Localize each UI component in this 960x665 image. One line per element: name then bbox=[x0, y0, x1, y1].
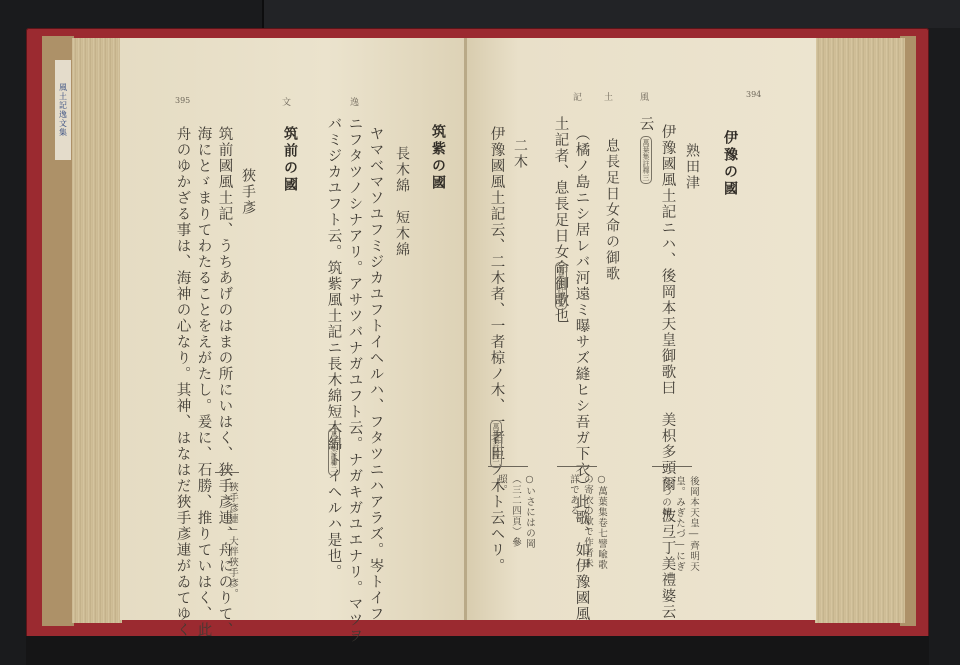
page-number-left: 395 bbox=[175, 96, 190, 105]
running-head-left: 文 bbox=[282, 95, 291, 108]
footnote-rule bbox=[488, 466, 528, 467]
text-line: 云 bbox=[638, 116, 653, 132]
reference-note: 萬葉集註釋三 bbox=[640, 136, 652, 184]
subheading-nigitatsu: 熟田津 bbox=[682, 143, 702, 191]
text-line: ニフタツノシナアリ。アサツバナガユフト云。ナガキガユエナリ。マツヲ bbox=[347, 116, 362, 644]
reference-note: 萬葉集註釋五 bbox=[555, 262, 567, 310]
footnote: 後岡本天皇―齊明天皇。みぎたづ―にぎたづの轉。 bbox=[658, 476, 700, 576]
footnote: ○いさにはの岡（三二四頁）參照。 bbox=[494, 474, 536, 564]
spine-label: 風土記逸文集 bbox=[55, 60, 71, 160]
footnote-rule bbox=[215, 472, 239, 473]
reference-note: 萬葉集註釋二 bbox=[328, 428, 340, 476]
subheading-yufu: 長木綿 短木綿 bbox=[392, 146, 412, 258]
running-head-right: 土 bbox=[604, 90, 613, 103]
page-number-right: 394 bbox=[746, 90, 761, 99]
scan-shadow bbox=[26, 636, 929, 665]
page-edges-left bbox=[72, 38, 122, 623]
footnote: 狹手彥連―大伴狹手彥。 bbox=[225, 482, 239, 599]
running-head-right: 風 bbox=[640, 90, 649, 103]
subheading-sadehiko: 狹手彥 bbox=[238, 168, 258, 216]
running-head-left-2: 逸 bbox=[350, 95, 359, 108]
section-heading-iyo: 伊豫の國 bbox=[720, 130, 740, 198]
text-line: ヤマベマソユフミジカユフトイヘルハ、フタツニハアラズ。岑トイフ bbox=[368, 126, 383, 622]
section-heading-chikuzen: 筑前の國 bbox=[280, 126, 300, 194]
section-heading-chikushi: 筑紫の國 bbox=[428, 124, 448, 192]
book-gutter bbox=[464, 38, 467, 620]
footnote: ○萬葉集卷七譬喩歌の寄衣の歌で作者未詳である。 bbox=[566, 474, 608, 574]
reference-note: 萬葉集註釋一 bbox=[490, 420, 502, 468]
footnote-rule bbox=[557, 466, 597, 467]
footnote-rule bbox=[652, 466, 692, 467]
running-head-right: 記 bbox=[573, 90, 582, 103]
text-line: 舟のゆかざる事は、海神の心なり。其神、はなはだ狹手彥連がゐてゆく bbox=[175, 126, 190, 638]
text-line: 海にとゞまりてわたることをえがたし。爰に、石勝、推りていはく、此 bbox=[196, 126, 211, 638]
text-line: バミジカユフト云。筑紫風土記ニ長木綿短木綿トイヘルハ是也。 bbox=[326, 116, 341, 580]
subheading-futaki: 二木 bbox=[510, 138, 530, 170]
page-edges-right bbox=[815, 38, 905, 623]
subheading-okinaga: 息長足日女命の御歌 bbox=[602, 138, 622, 282]
scanner-edge bbox=[262, 0, 960, 28]
